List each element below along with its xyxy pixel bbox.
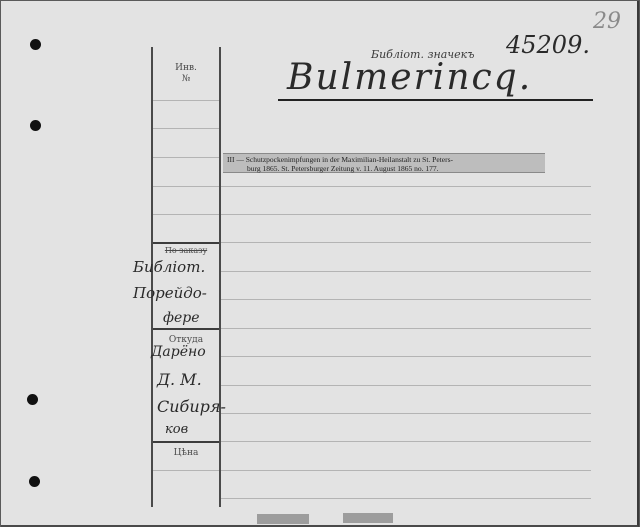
entry-line-2: burg 1865. St. Petersburger Zeitung v. 1… <box>227 164 541 173</box>
bibliographic-entry-clipping: III — Schutzpockenimpfungen in der Maxim… <box>223 153 545 173</box>
punch-hole-icon <box>29 476 40 487</box>
section-divider <box>153 242 219 244</box>
section-divider <box>153 441 219 443</box>
acquisition-handwritten-3: фере <box>163 310 200 326</box>
number-sign: № <box>153 74 219 84</box>
rule-line <box>221 299 591 300</box>
price-label: Цѣна <box>153 448 219 458</box>
rule-line <box>221 498 591 499</box>
section-divider <box>153 328 219 330</box>
rule-line <box>153 100 219 101</box>
source-handwritten-2: Д. М. <box>157 370 202 389</box>
rule-line <box>221 242 591 243</box>
rule-line <box>153 157 219 158</box>
library-mark-number: 45209. <box>506 31 590 59</box>
rule-line <box>221 385 591 386</box>
source-handwritten-1: Дарёно <box>151 344 206 360</box>
faded-stamp-mark <box>343 513 393 523</box>
acquisition-label: По заказу <box>153 246 219 255</box>
source-handwritten-3: Сибиря- <box>157 397 226 416</box>
source-handwritten-4: ков <box>165 422 188 437</box>
rule-line <box>221 441 591 442</box>
rule-line <box>221 470 591 471</box>
faded-stamp-mark <box>257 514 309 524</box>
rule-line <box>221 186 591 187</box>
rule-line <box>153 214 219 215</box>
rule-line <box>221 271 591 272</box>
rule-line <box>153 470 219 471</box>
punch-hole-icon <box>27 394 38 405</box>
punch-hole-icon <box>30 120 41 131</box>
rule-line <box>153 128 219 129</box>
rule-line <box>221 328 591 329</box>
rule-line <box>221 214 591 215</box>
left-column-border <box>219 47 221 507</box>
author-underline <box>278 99 593 101</box>
acquisition-handwritten-2: Порейдо- <box>133 284 207 302</box>
acquisition-handwritten-1: Библіот. <box>133 258 205 276</box>
punch-hole-icon <box>30 39 41 50</box>
inventory-label: Инв. <box>153 63 219 73</box>
pencil-number: 29 <box>593 9 621 34</box>
rule-line <box>221 356 591 357</box>
rule-line <box>153 186 219 187</box>
left-column-border <box>151 47 153 507</box>
rule-line <box>221 413 591 414</box>
author-name: Bulmerincq. <box>287 57 532 98</box>
entry-line-1: III — Schutzpockenimpfungen in der Maxim… <box>227 155 541 164</box>
catalog-card: Инв. № По заказу Библіот. Порейдо- фере … <box>1 1 639 527</box>
